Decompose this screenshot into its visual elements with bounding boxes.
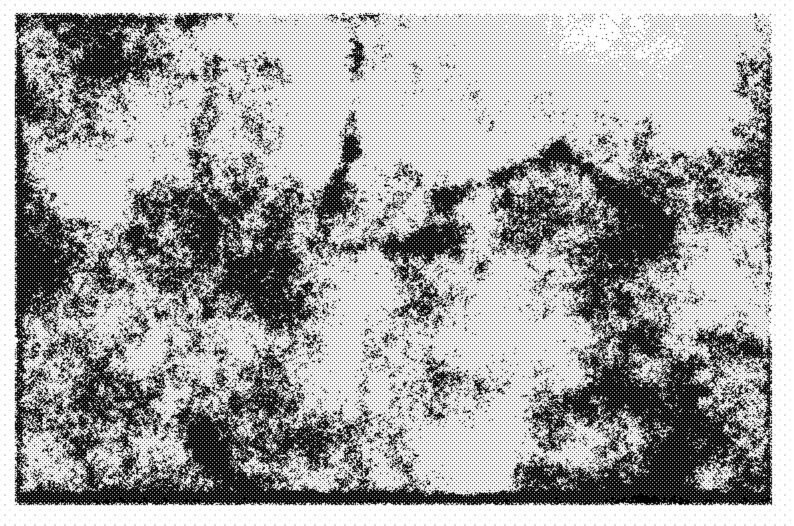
scanned-page-background: [0, 0, 794, 526]
micrograph-photo: [0, 0, 794, 526]
halftone-texture-canvas: [0, 0, 794, 526]
